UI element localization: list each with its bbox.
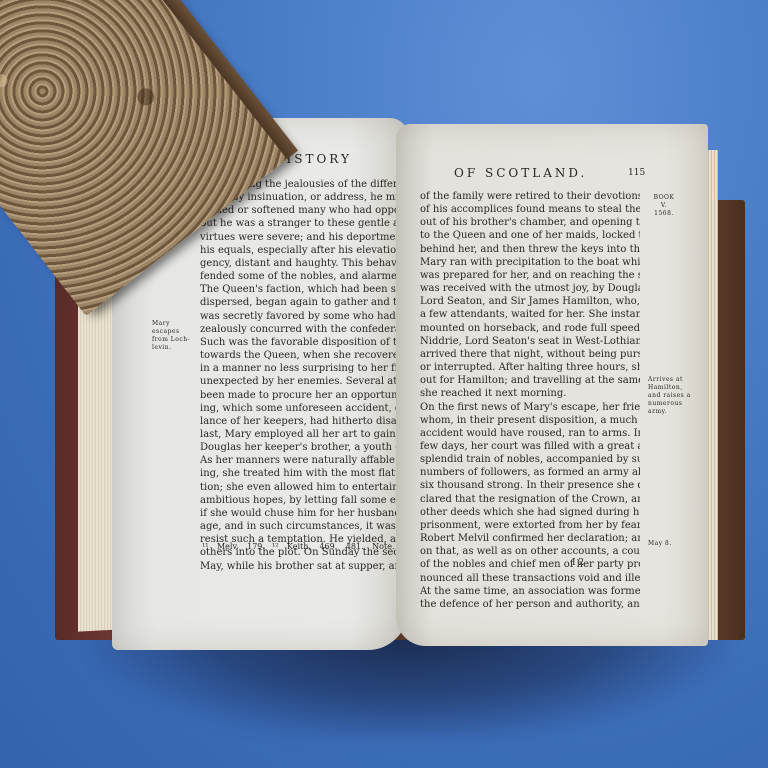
margin-note-date: May 8. bbox=[648, 540, 688, 548]
running-head: OF SCOTLAND. bbox=[454, 166, 587, 180]
right-page: OF SCOTLAND. 115 BOOK V. 1568. Arrives a… bbox=[396, 124, 708, 646]
page-number: 115 bbox=[628, 168, 645, 178]
body-text: or removing the jealousies of the differ… bbox=[200, 178, 405, 573]
margin-note: Mary escapes from Loch- levin. bbox=[152, 320, 192, 352]
footnote-2: ¹² Keith, 469. 481. Note. bbox=[272, 542, 394, 551]
signature-mark: I 2 bbox=[572, 558, 584, 568]
body-text: of the family were retired to their devo… bbox=[420, 190, 640, 611]
footnote-1: ¹¹ Melv. 179. bbox=[202, 542, 265, 551]
margin-book-label: BOOK V. 1568. bbox=[644, 194, 684, 218]
margin-note-army: Arrives at Hamilton, and raises a numero… bbox=[648, 376, 696, 416]
